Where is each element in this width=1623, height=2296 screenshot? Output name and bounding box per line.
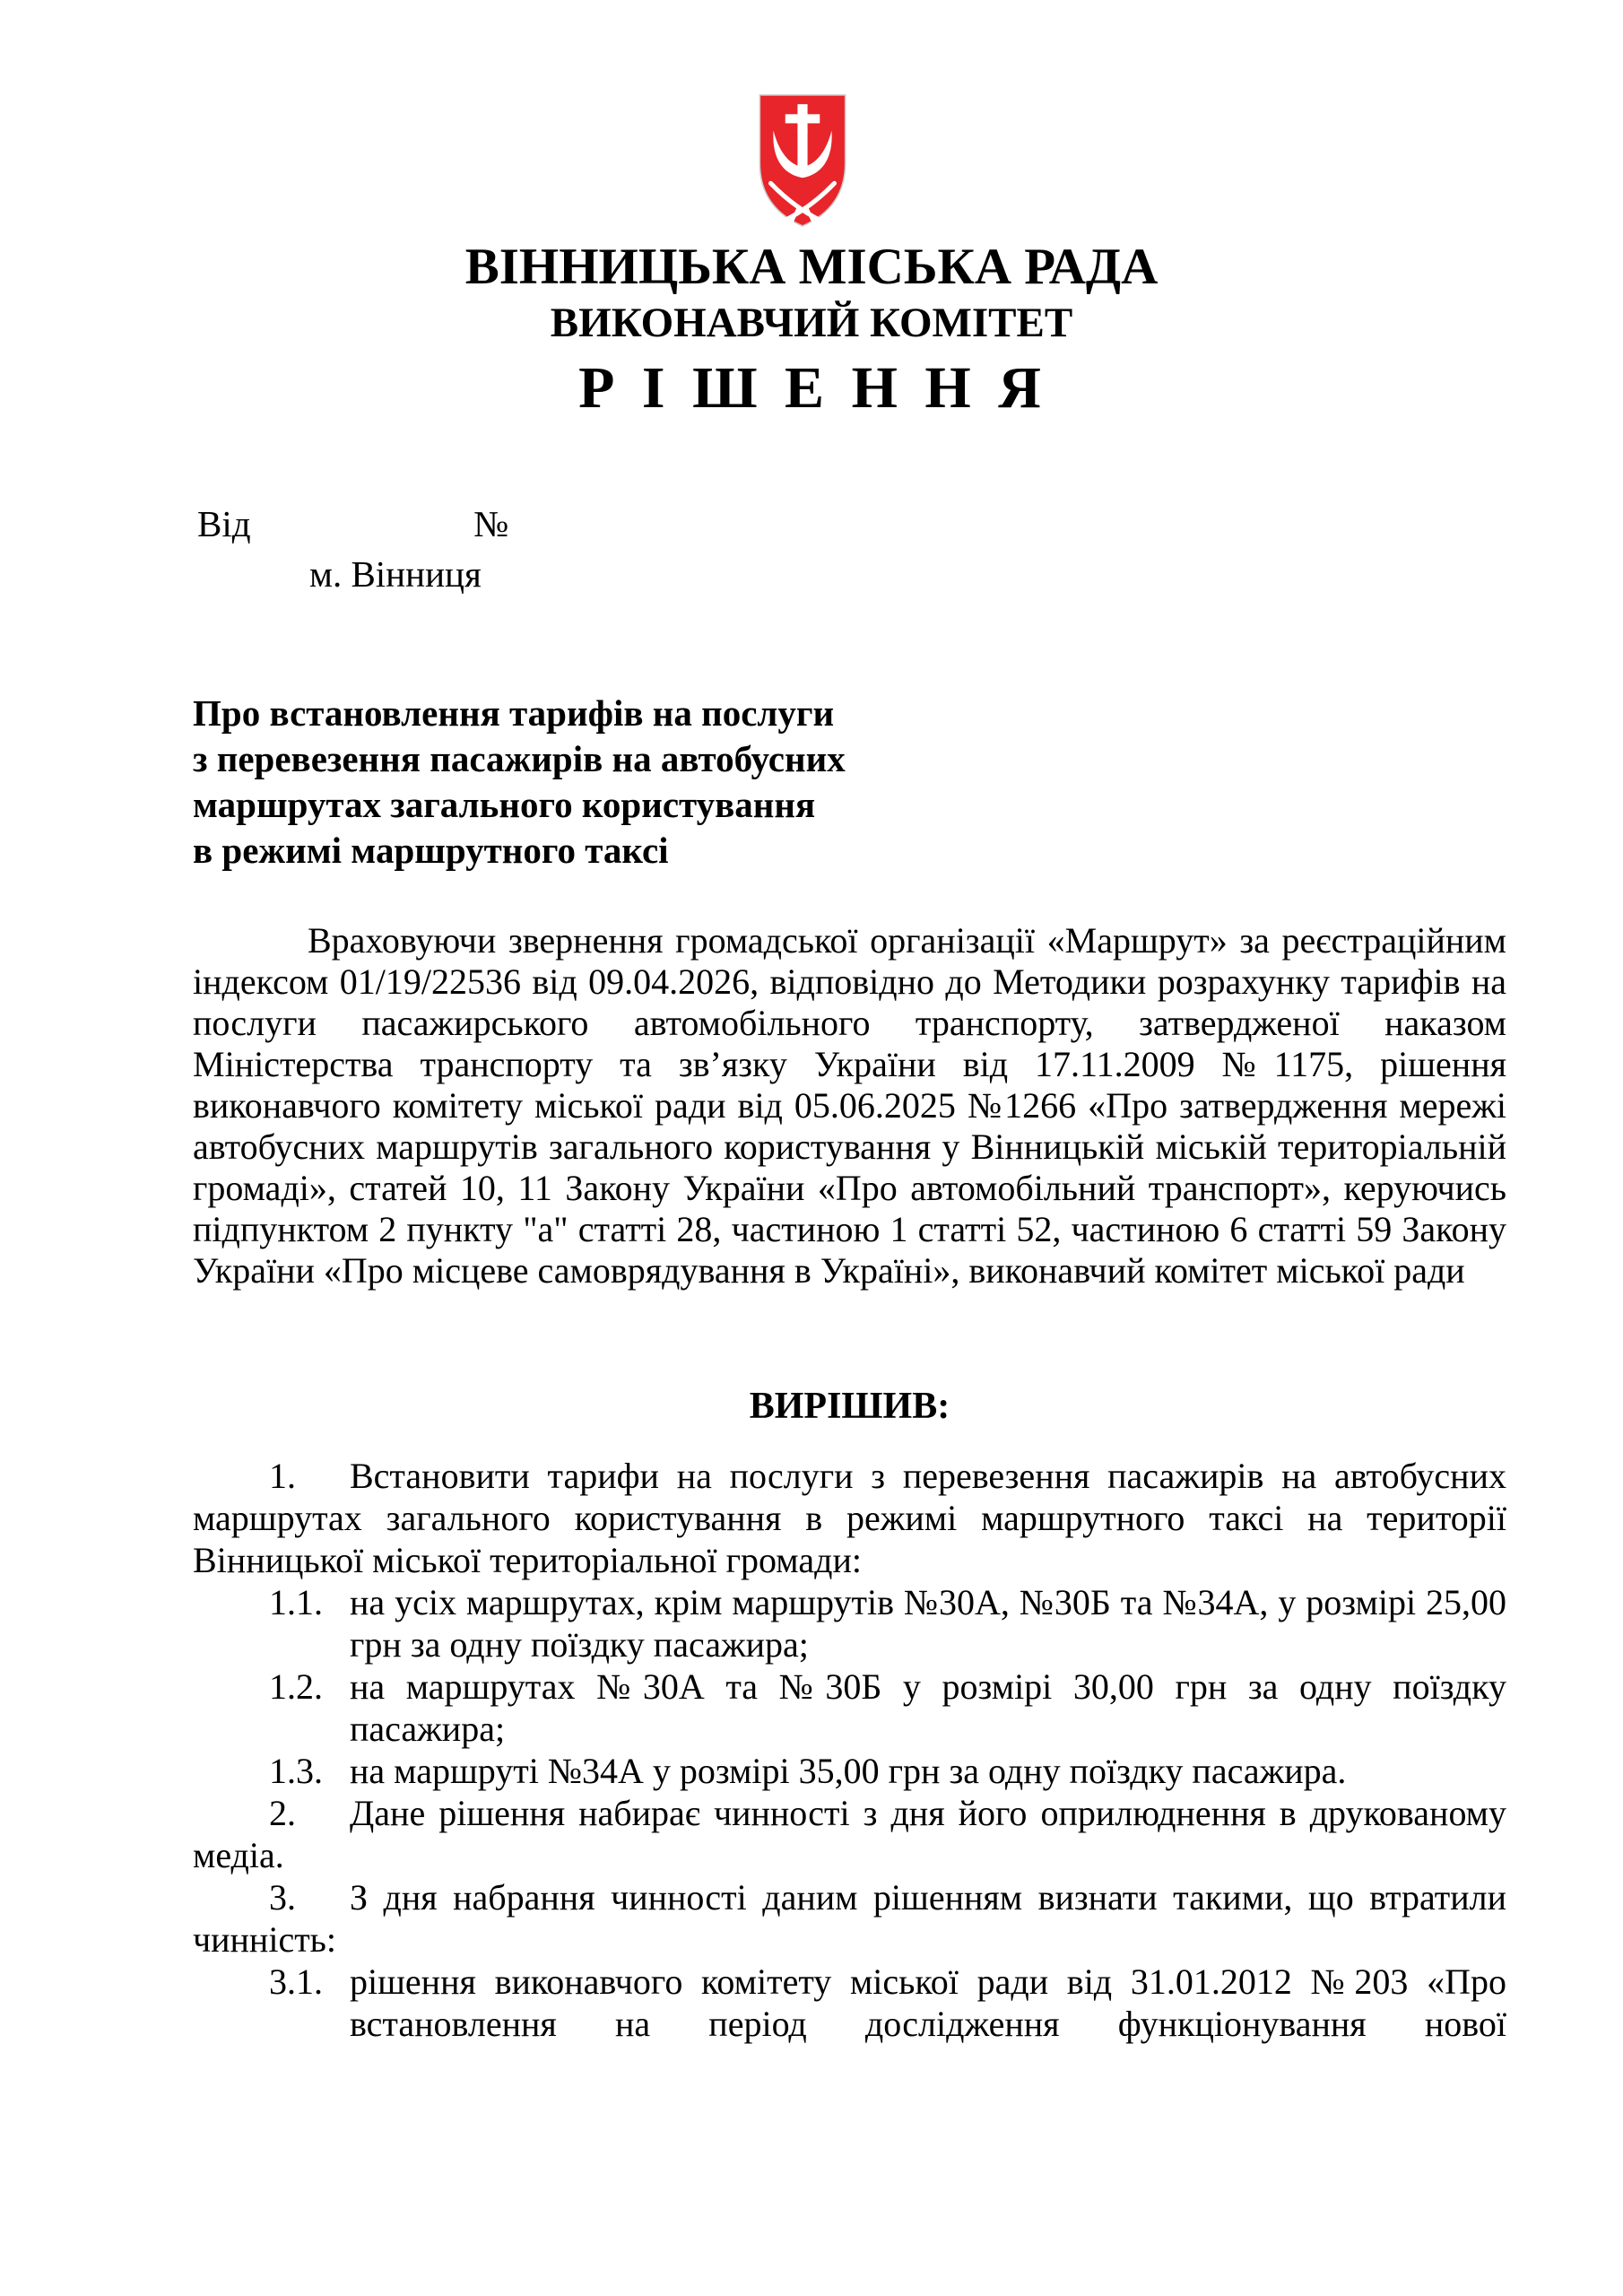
item-text: Встановити тарифи на послуги з перевезен… [193,1456,1506,1580]
item-number: 1.2. [269,1665,350,1708]
resolved-heading: ВИРІШИВ: [193,1386,1506,1427]
item-text: рішення виконавчого комітету міської рад… [350,1961,1506,2044]
item-number: 2. [269,1792,350,1834]
item-number: 1.3. [269,1750,350,1792]
resolution-item: 1.2.на маршрутах №30А та №30Б у розмірі … [193,1665,1506,1750]
resolution-item: 3.1.рішення виконавчого комітету міської… [193,1961,1506,2045]
item-text: Дане рішення набирає чинності з дня його… [193,1793,1506,1875]
title-line: в режимі маршрутного таксі [193,828,846,874]
organization-name: ВІННИЦЬКА МІСЬКА РАДА [0,240,1623,294]
resolution-item: 2.Дане рішення набирає чинності з дня йо… [193,1792,1506,1876]
document-type-heading: Р І Ш Е Н Н Я [0,357,1623,419]
title-line: з перевезення пасажирів на автобусних [193,736,846,782]
resolution-item: 3.З дня набрання чинності даним рішенням… [193,1876,1506,1961]
date-from-label: Від [197,504,251,544]
resolution-item: 1.Встановити тарифи на послуги з перевез… [193,1455,1506,1581]
title-line: Про встановлення тарифів на послуги [193,691,846,736]
title-line: маршрутах загального користування [193,782,846,828]
item-number: 1. [269,1455,350,1497]
place-line: м. Вінниця [309,554,482,595]
item-text: З дня набрання чинності даним рішенням в… [193,1877,1506,1960]
resolution-item: 1.1.на усіх маршрутах, крім маршрутів №3… [193,1581,1506,1665]
item-text: на маршруті №34А у розмірі 35,00 грн за … [350,1751,1346,1791]
preamble-paragraph: Враховуючи звернення громадської організ… [193,920,1506,1291]
resolution-items: 1.Встановити тарифи на послуги з перевез… [193,1455,1506,2045]
item-number: 3. [269,1876,350,1918]
coat-of-arms [756,92,849,229]
item-text: на маршрутах №30А та №30Б у розмірі 30,0… [350,1666,1506,1749]
document-page: ВІННИЦЬКА МІСЬКА РАДА ВИКОНАВЧИЙ КОМІТЕТ… [0,0,1623,2296]
item-text: на усіх маршрутах, крім маршрутів №30А, … [350,1582,1506,1665]
document-title: Про встановлення тарифів на послуги з пе… [193,691,846,874]
document-number-label: № [473,504,508,544]
item-number: 1.1. [269,1581,350,1623]
item-number: 3.1. [269,1961,350,2003]
resolution-item: 1.3.на маршруті №34А у розмірі 35,00 грн… [193,1750,1506,1792]
committee-name: ВИКОНАВЧИЙ КОМІТЕТ [0,301,1623,345]
